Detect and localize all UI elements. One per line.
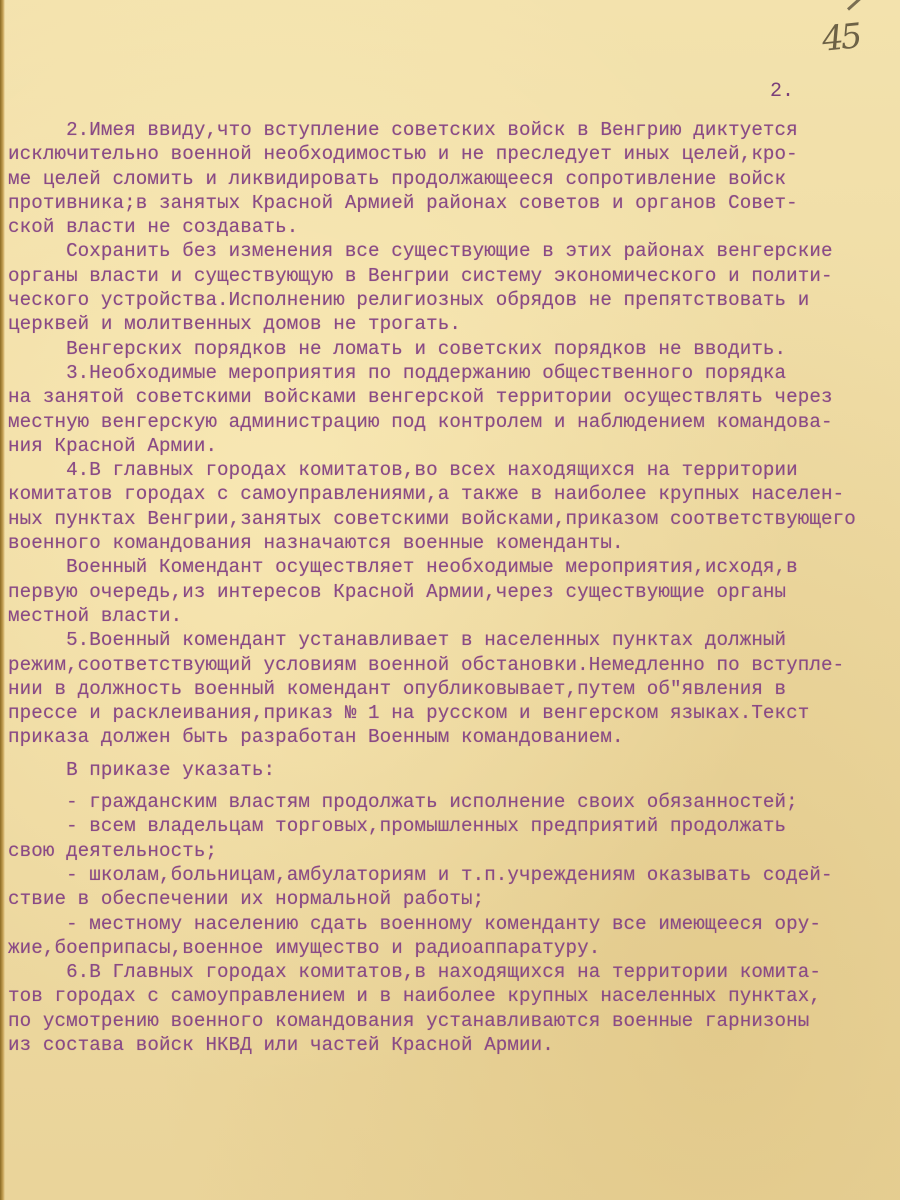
text-line: Сохранить без изменения все существующие… (8, 239, 888, 263)
text-line: прессе и расклеивания,приказ № 1 на русс… (8, 701, 888, 725)
text-line: В приказе указать: (8, 758, 888, 782)
text-line: местной власти. (8, 604, 888, 628)
text-line: 3.Необходимые мероприятия по поддержанию… (8, 361, 888, 385)
text-line: ния Красной Армии. (8, 434, 888, 458)
text-line: - школам,больницам,амбулаториям и т.п.уч… (8, 863, 888, 887)
page-binding-edge (0, 0, 5, 1200)
text-line: тов городах с самоуправлением и в наибол… (8, 984, 888, 1008)
text-line: на занятой советскими войсками венгерско… (8, 385, 888, 409)
text-line: исключительно военной необходимостью и н… (8, 142, 888, 166)
text-line: ствие в обеспечении их нормальной работы… (8, 887, 888, 911)
text-line: свою деятельность; (8, 839, 888, 863)
text-line: ных пунктах Венгрии,занятых советскими в… (8, 507, 888, 531)
text-line: 5.Военный комендант устанавливает в насе… (8, 628, 888, 652)
text-line: Военный Комендант осуществляет необходим… (8, 555, 888, 579)
text-line: ме целей сломить и ликвидировать продолж… (8, 167, 888, 191)
text-line: Венгерских порядков не ломать и советски… (8, 337, 888, 361)
text-line: режим,соответствующий условиям военной о… (8, 653, 888, 677)
document-page: 45 2. 2.Имея ввиду,что вступление советс… (0, 0, 900, 1200)
text-line: церквей и молитвенных домов не трогать. (8, 312, 888, 336)
text-line: 2.Имея ввиду,что вступление советских во… (8, 118, 888, 142)
text-line: органы власти и существующую в Венгрии с… (8, 264, 888, 288)
text-line: - всем владельцам торговых,промышленных … (8, 814, 888, 838)
text-line: первую очередь,из интересов Красной Арми… (8, 580, 888, 604)
text-line: противника;в занятых Красной Армией райо… (8, 191, 888, 215)
text-line: 6.В Главных городах комитатов,в находящи… (8, 960, 888, 984)
text-line: жие,боеприпасы,военное имущество и радио… (8, 936, 888, 960)
page-number: 2. (770, 80, 794, 103)
text-line: приказа должен быть разработан Военным к… (8, 725, 888, 749)
typewritten-body: 2.Имея ввиду,что вступление советских во… (8, 118, 888, 1057)
text-line: из состава войск НКВД или частей Красной… (8, 1033, 888, 1057)
handwritten-folio-number: 45 (820, 16, 861, 60)
text-line: комитатов городах с самоуправлениями,а т… (8, 482, 888, 506)
text-line: военного командования назначаются военны… (8, 531, 888, 555)
text-line: нии в должность военный комендант опубли… (8, 677, 888, 701)
text-line: ской власти не создавать. (8, 215, 888, 239)
text-line: - местному населению сдать военному коме… (8, 912, 888, 936)
text-line: - гражданским властям продолжать исполне… (8, 790, 888, 814)
text-line: ческого устройства.Исполнению религиозны… (8, 288, 888, 312)
text-line: по усмотрению военного командования уста… (8, 1009, 888, 1033)
text-line: 4.В главных городах комитатов,во всех на… (8, 458, 888, 482)
text-line: местную венгерскую администрацию под кон… (8, 410, 888, 434)
handwritten-mark (847, 0, 879, 11)
